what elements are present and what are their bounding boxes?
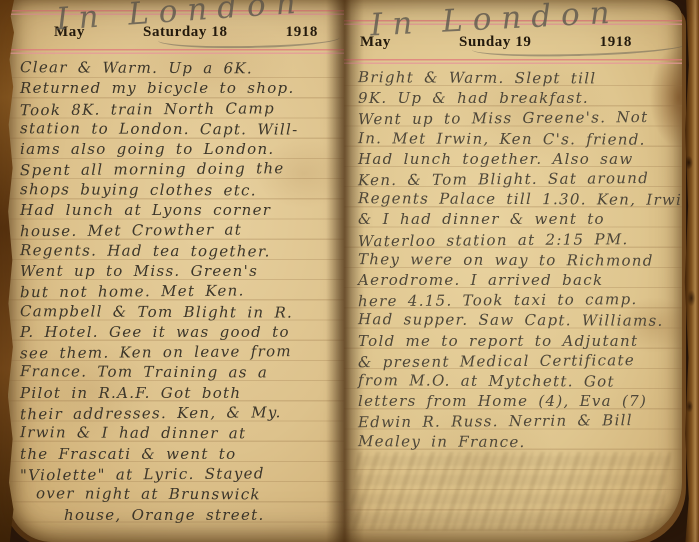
header-year: 1918 xyxy=(600,34,632,51)
handwriting-line: here 4.15. Took taxi to camp. xyxy=(358,289,682,312)
handwriting-line: but not home. Met Ken. xyxy=(20,280,344,303)
handwriting-line: over night at Brunswick xyxy=(20,483,344,505)
handwriting-line: house. Met Crowther at xyxy=(20,219,344,242)
header-day: Sunday 19 xyxy=(459,34,532,51)
handwriting-line: Regents. Had tea together. xyxy=(20,240,344,262)
handwriting-line: "Violette" at Lyric. Stayed xyxy=(20,463,344,486)
diary-entry-text: Bright & Warm. Slept till9K. Up & had br… xyxy=(358,68,682,452)
diary-page-sunday: May Sunday 19 1918 In London Bright & Wa… xyxy=(344,0,682,542)
handwriting-line: Went up to Miss Greene's. Not xyxy=(358,107,682,130)
book-right-edge xyxy=(682,0,699,542)
handwriting-line: 9K. Up & had breakfast. xyxy=(358,88,682,108)
handwriting-line: Had lunch at Lyons corner xyxy=(20,200,344,220)
handwriting-line: Regents Palace till 1.30. Ken, Irwin xyxy=(358,188,682,210)
handwriting-line: Spent all morning doing the xyxy=(20,158,344,181)
diary-entry-text: Clear & Warm. Up a 6K.Returned my bicycl… xyxy=(20,58,344,525)
header-month: May xyxy=(54,24,85,41)
handwriting-line: P. Hotel. Gee it was good to xyxy=(20,322,344,342)
diary-scan: May Saturday 18 1918 In London Clear & W… xyxy=(0,0,699,542)
header-year: 1918 xyxy=(286,24,318,41)
red-double-rule-top xyxy=(344,20,682,25)
handwriting-line: Went up to Miss. Green's xyxy=(20,261,344,281)
bleed-through-writing xyxy=(347,452,672,530)
handwriting-line: Told me to report to Adjutant xyxy=(358,331,682,351)
handwriting-line: shops buying clothes etc. xyxy=(20,179,344,201)
handwriting-line: iams also going to London. xyxy=(20,139,344,159)
handwriting-line: Pilot in R.A.F. Got both xyxy=(20,383,344,403)
handwriting-line: Campbell & Tom Blight in R. xyxy=(20,301,344,323)
header-row: May Sunday 19 1918 xyxy=(344,25,682,59)
handwriting-line: house, Orange street. xyxy=(20,505,344,525)
handwriting-line: & I had dinner & went to xyxy=(358,209,682,229)
handwriting-line: station to London. Capt. Will- xyxy=(20,118,344,140)
handwriting-line: Bright & Warm. Slept till xyxy=(358,67,682,89)
handwriting-line: Took 8K. train North Camp xyxy=(20,97,344,120)
handwriting-line: Waterloo station at 2:15 PM. xyxy=(358,228,682,251)
handwriting-line: the Frascati & went to xyxy=(20,444,344,464)
header-row: May Saturday 18 1918 xyxy=(8,15,344,49)
handwriting-line: & present Medical Certificate xyxy=(358,350,682,373)
handwriting-line: Returned my bicycle to shop. xyxy=(20,78,344,98)
handwriting-line: Irwin & I had dinner at xyxy=(20,422,344,444)
page-header: May Sunday 19 1918 xyxy=(344,20,682,64)
red-double-rule-bottom xyxy=(8,49,344,54)
header-month: May xyxy=(360,34,391,51)
handwriting-line: Ken. & Tom Blight. Sat around xyxy=(358,168,682,191)
handwriting-line: Edwin R. Russ. Nerrin & Bill xyxy=(358,410,682,433)
red-double-rule-top xyxy=(8,10,344,15)
page-header: May Saturday 18 1918 xyxy=(8,10,344,54)
handwriting-line: their addresses. Ken, & My. xyxy=(20,402,344,425)
handwriting-line: In. Met Irwin, Ken C's. friend. xyxy=(358,128,682,150)
handwriting-line: Mealey in France. xyxy=(358,431,682,453)
handwriting-line: from M.O. at Mytchett. Got xyxy=(358,370,682,392)
red-double-rule-bottom xyxy=(344,59,682,64)
handwriting-line: They were on way to Richmond xyxy=(358,249,682,271)
handwriting-line: France. Tom Training as a xyxy=(20,362,344,384)
handwriting-line: Clear & Warm. Up a 6K. xyxy=(20,57,344,79)
handwriting-line: see them. Ken on leave from xyxy=(20,341,344,364)
diary-page-saturday: May Saturday 18 1918 In London Clear & W… xyxy=(8,0,344,542)
handwriting-line: letters from Home (4), Eva (7) xyxy=(358,391,682,411)
handwriting-line: Aerodrome. I arrived back xyxy=(358,270,682,290)
handwriting-line: Had supper. Saw Capt. Williams. xyxy=(358,310,682,332)
handwriting-line: Had lunch together. Also saw xyxy=(358,149,682,169)
header-day: Saturday 18 xyxy=(143,24,228,41)
